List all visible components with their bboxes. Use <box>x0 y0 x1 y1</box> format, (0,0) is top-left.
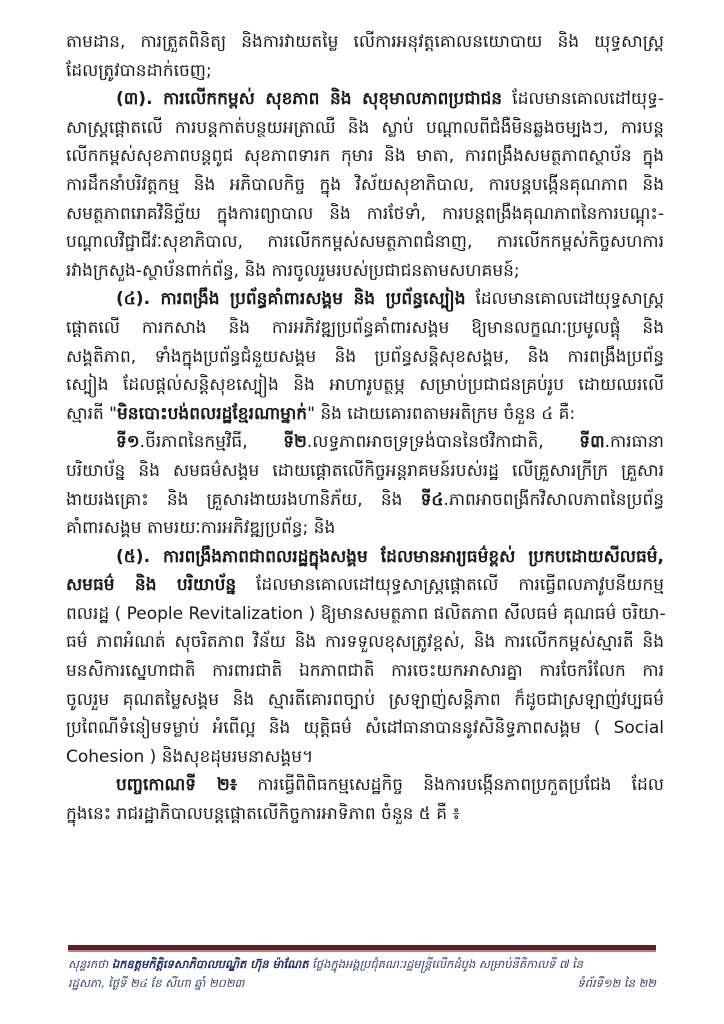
page-number: ទំព័រទី១២ នៃ ២២ <box>577 974 656 993</box>
footer-speech-title: សុន្ទរកថា ឯកឧត្តមកិត្តិទេសាភិបាលបណ្ឌិត ហ… <box>68 955 583 974</box>
section-heading-4: (៤). ការពង្រឹង ប្រព័ន្ធគាំពារសង្គម និង ប… <box>66 285 664 314</box>
document-page: តាមដាន, ការត្រួតពិនិត្យ និងការវាយតម្លៃ ល… <box>66 28 664 829</box>
body-line: សាស្ត្រផ្ដោតលើ ការបន្តកាត់បន្ថយអត្រាឈឺ ន… <box>66 114 664 143</box>
body-line: ក្នុងនេះ រាជរដ្ឋាភិបាលបន្តផ្ដោតលើកិច្ចកា… <box>66 800 664 829</box>
body-line: តាមដាន, ការត្រួតពិនិត្យ និងការវាយតម្លៃ ល… <box>66 28 664 57</box>
body-line: លើកកម្ពស់សុខភាពបន្តពូជ សុខភាពទារក កុមារ … <box>66 142 664 171</box>
heading-rest: ដែលមានគោលដៅយុទ្ធ- <box>502 89 664 109</box>
body-line: Cohesion ) និងសុខដុមរមនាសង្គម។ <box>66 743 664 772</box>
body-line: បរិយាប័ន្ន និង សមធម៌សង្គម ដោយផ្ដោតលើកិច្… <box>66 457 664 486</box>
principle-1-text: .ចីរភាពនៃកម្មវិធី, <box>140 432 284 452</box>
slogan-suffix: " និង ដោយគោរពតាមអតិក្រម ចំនួន ៤ គឺ: <box>307 404 575 424</box>
footer-speaker: ឯកឧត្តមកិត្តិទេសាភិបាលបណ្ឌិត ហ៊ុន ម៉ាណែត <box>112 957 309 971</box>
page-footer: សុន្ទរកថា ឯកឧត្តមកិត្តិទេសាភិបាលបណ្ឌិត ហ… <box>68 955 656 993</box>
principle-4-label: ទី៤ <box>421 490 444 510</box>
slogan-line: ស្មារតី "មិនបោះបង់ពលរដ្ឋខ្មែរណាម្នាក់" ន… <box>66 400 664 429</box>
heading-bold: (៣). ការលើកកម្ពស់ សុខភាព និង សុខុមាលភាពប… <box>116 89 502 109</box>
footer-divider <box>68 945 656 952</box>
body-line: រវាងក្រសួង-ស្ថាប័នពាក់ព័ន្ធ, និង ការចូលរ… <box>66 257 664 286</box>
footer-suffix: ថ្លែងក្នុងអង្គប្រជុំគណៈរដ្ឋមន្ត្រីលើកដំប… <box>309 957 584 971</box>
heading-bold: សមធម៌ និង បរិយាប័ន្ន <box>66 575 236 595</box>
heading-bold: (៤). ការពង្រឹង ប្រព័ន្ធគាំពារសង្គម និង ប… <box>116 289 466 309</box>
principle-2-text: .លទ្ធភាពអាចទ្រទ្រង់បាននៃថវិកាជាតិ, <box>307 432 579 452</box>
principle-4-text: .ភាពអាចពង្រីកវិសាលភាពនៃប្រព័ន្ធ <box>443 490 664 510</box>
footer-line-2: រដ្ឋសភា, ថ្ងៃទី ២៤ ខែ សីហា ឆ្នាំ ២០២៣ ទំ… <box>68 974 656 993</box>
heading-rest: ដែលមានគោលដៅយុទ្ធសាស្ត្រផ្ដោតលើ ការធ្វើពល… <box>236 575 664 595</box>
body-line: ចូលរួម គុណតម្លៃសង្គម និង ស្មារតីគោរពច្បា… <box>66 686 664 715</box>
section-heading-5: (៥). ការពង្រឹងភាពជាពលរដ្ឋក្នុងសង្គម ដែលម… <box>66 543 664 572</box>
body-line: ផ្ដោតលើ ការកសាង និង ការអភិវឌ្ឍប្រព័ន្ធគា… <box>66 314 664 343</box>
section-heading-5-cont: សមធម៌ និង បរិយាប័ន្ន ដែលមានគោលដៅយុទ្ធសាស… <box>66 571 664 600</box>
principle-2-label: ទី២ <box>283 432 307 452</box>
body-line: មនសិការស្នេហាជាតិ ការពារជាតិ ឯកភាពជាតិ ក… <box>66 657 664 686</box>
principles-line: ងាយរងគ្រោះ និង គ្រួសារងាយរងហានិភ័យ, និង … <box>66 486 664 515</box>
body-line: សង្គតិភាព, ទាំងក្នុងប្រព័ន្ធជំនួយសង្គម ន… <box>66 343 664 372</box>
body-line: ធម៌ ភាពអំណត់ សុចរិតភាព វិន័យ និង ការទទួល… <box>66 628 664 657</box>
footer-prefix: សុន្ទរកថា <box>68 957 112 971</box>
rectangle-2-heading: បញ្ចកោណទី ២៖ ការធ្វើពិពិធកម្មសេដ្ឋកិច្ច … <box>66 771 664 800</box>
footer-line-1: សុន្ទរកថា ឯកឧត្តមកិត្តិទេសាភិបាលបណ្ឌិត ហ… <box>68 955 656 974</box>
footer-date: រដ្ឋសភា, ថ្ងៃទី ២៤ ខែ សីហា ឆ្នាំ ២០២៣ <box>68 974 244 993</box>
principle-3-text: .ការធានា <box>605 432 664 452</box>
body-line: គាំពារសង្គម តាមរយៈការអភិវឌ្ឍប្រព័ន្ធ; និ… <box>66 514 664 543</box>
body-line: ការដឹកនាំបរិវត្តកម្ម និង អភិបាលកិច្ច ក្ន… <box>66 171 664 200</box>
body-line: ប្រពៃណីទំនៀមទម្លាប់ អំពើល្អ និង យុត្តិធម… <box>66 714 664 743</box>
slogan-prefix: ស្មារតី " <box>66 404 117 424</box>
principles-line: ទី១.ចីរភាពនៃកម្មវិធី, ទី២.លទ្ធភាពអាចទ្រទ… <box>66 428 664 457</box>
heading-bold: បញ្ចកោណទី ២៖ <box>116 775 237 795</box>
body-line: ស្បៀង ដែលផ្ដល់សន្តិសុខស្បៀង និង អាហារូបត… <box>66 371 664 400</box>
heading-rest: ការធ្វើពិពិធកម្មសេដ្ឋកិច្ច និងការបង្កើនភ… <box>237 775 664 795</box>
body-line: ពលរដ្ឋ ( People Revitalization ) ឱ្យមានស… <box>66 600 664 629</box>
principle-1-label: ទី១ <box>116 432 140 452</box>
body-line: បណ្ដាលវិជ្ជាជីវៈសុខាភិបាល, ការលើកកម្ពស់ស… <box>66 228 664 257</box>
heading-rest: ដែលមានគោលដៅយុទ្ធសាស្ត្រ <box>466 289 665 309</box>
principle-3-label: ទី៣ <box>579 432 604 452</box>
section-heading-3: (៣). ការលើកកម្ពស់ សុខភាព និង សុខុមាលភាពប… <box>66 85 664 114</box>
body-line: សមត្ថភាពរោគវិនិច្ឆ័យ ក្នុងការព្យាបាល និង… <box>66 200 664 229</box>
slogan-bold: មិនបោះបង់ពលរដ្ឋខ្មែរណាម្នាក់ <box>117 404 307 424</box>
line-pre: ងាយរងគ្រោះ និង គ្រួសារងាយរងហានិភ័យ, និង <box>66 490 421 510</box>
body-line: ដែលត្រូវបានដាក់ចេញ; <box>66 57 664 86</box>
